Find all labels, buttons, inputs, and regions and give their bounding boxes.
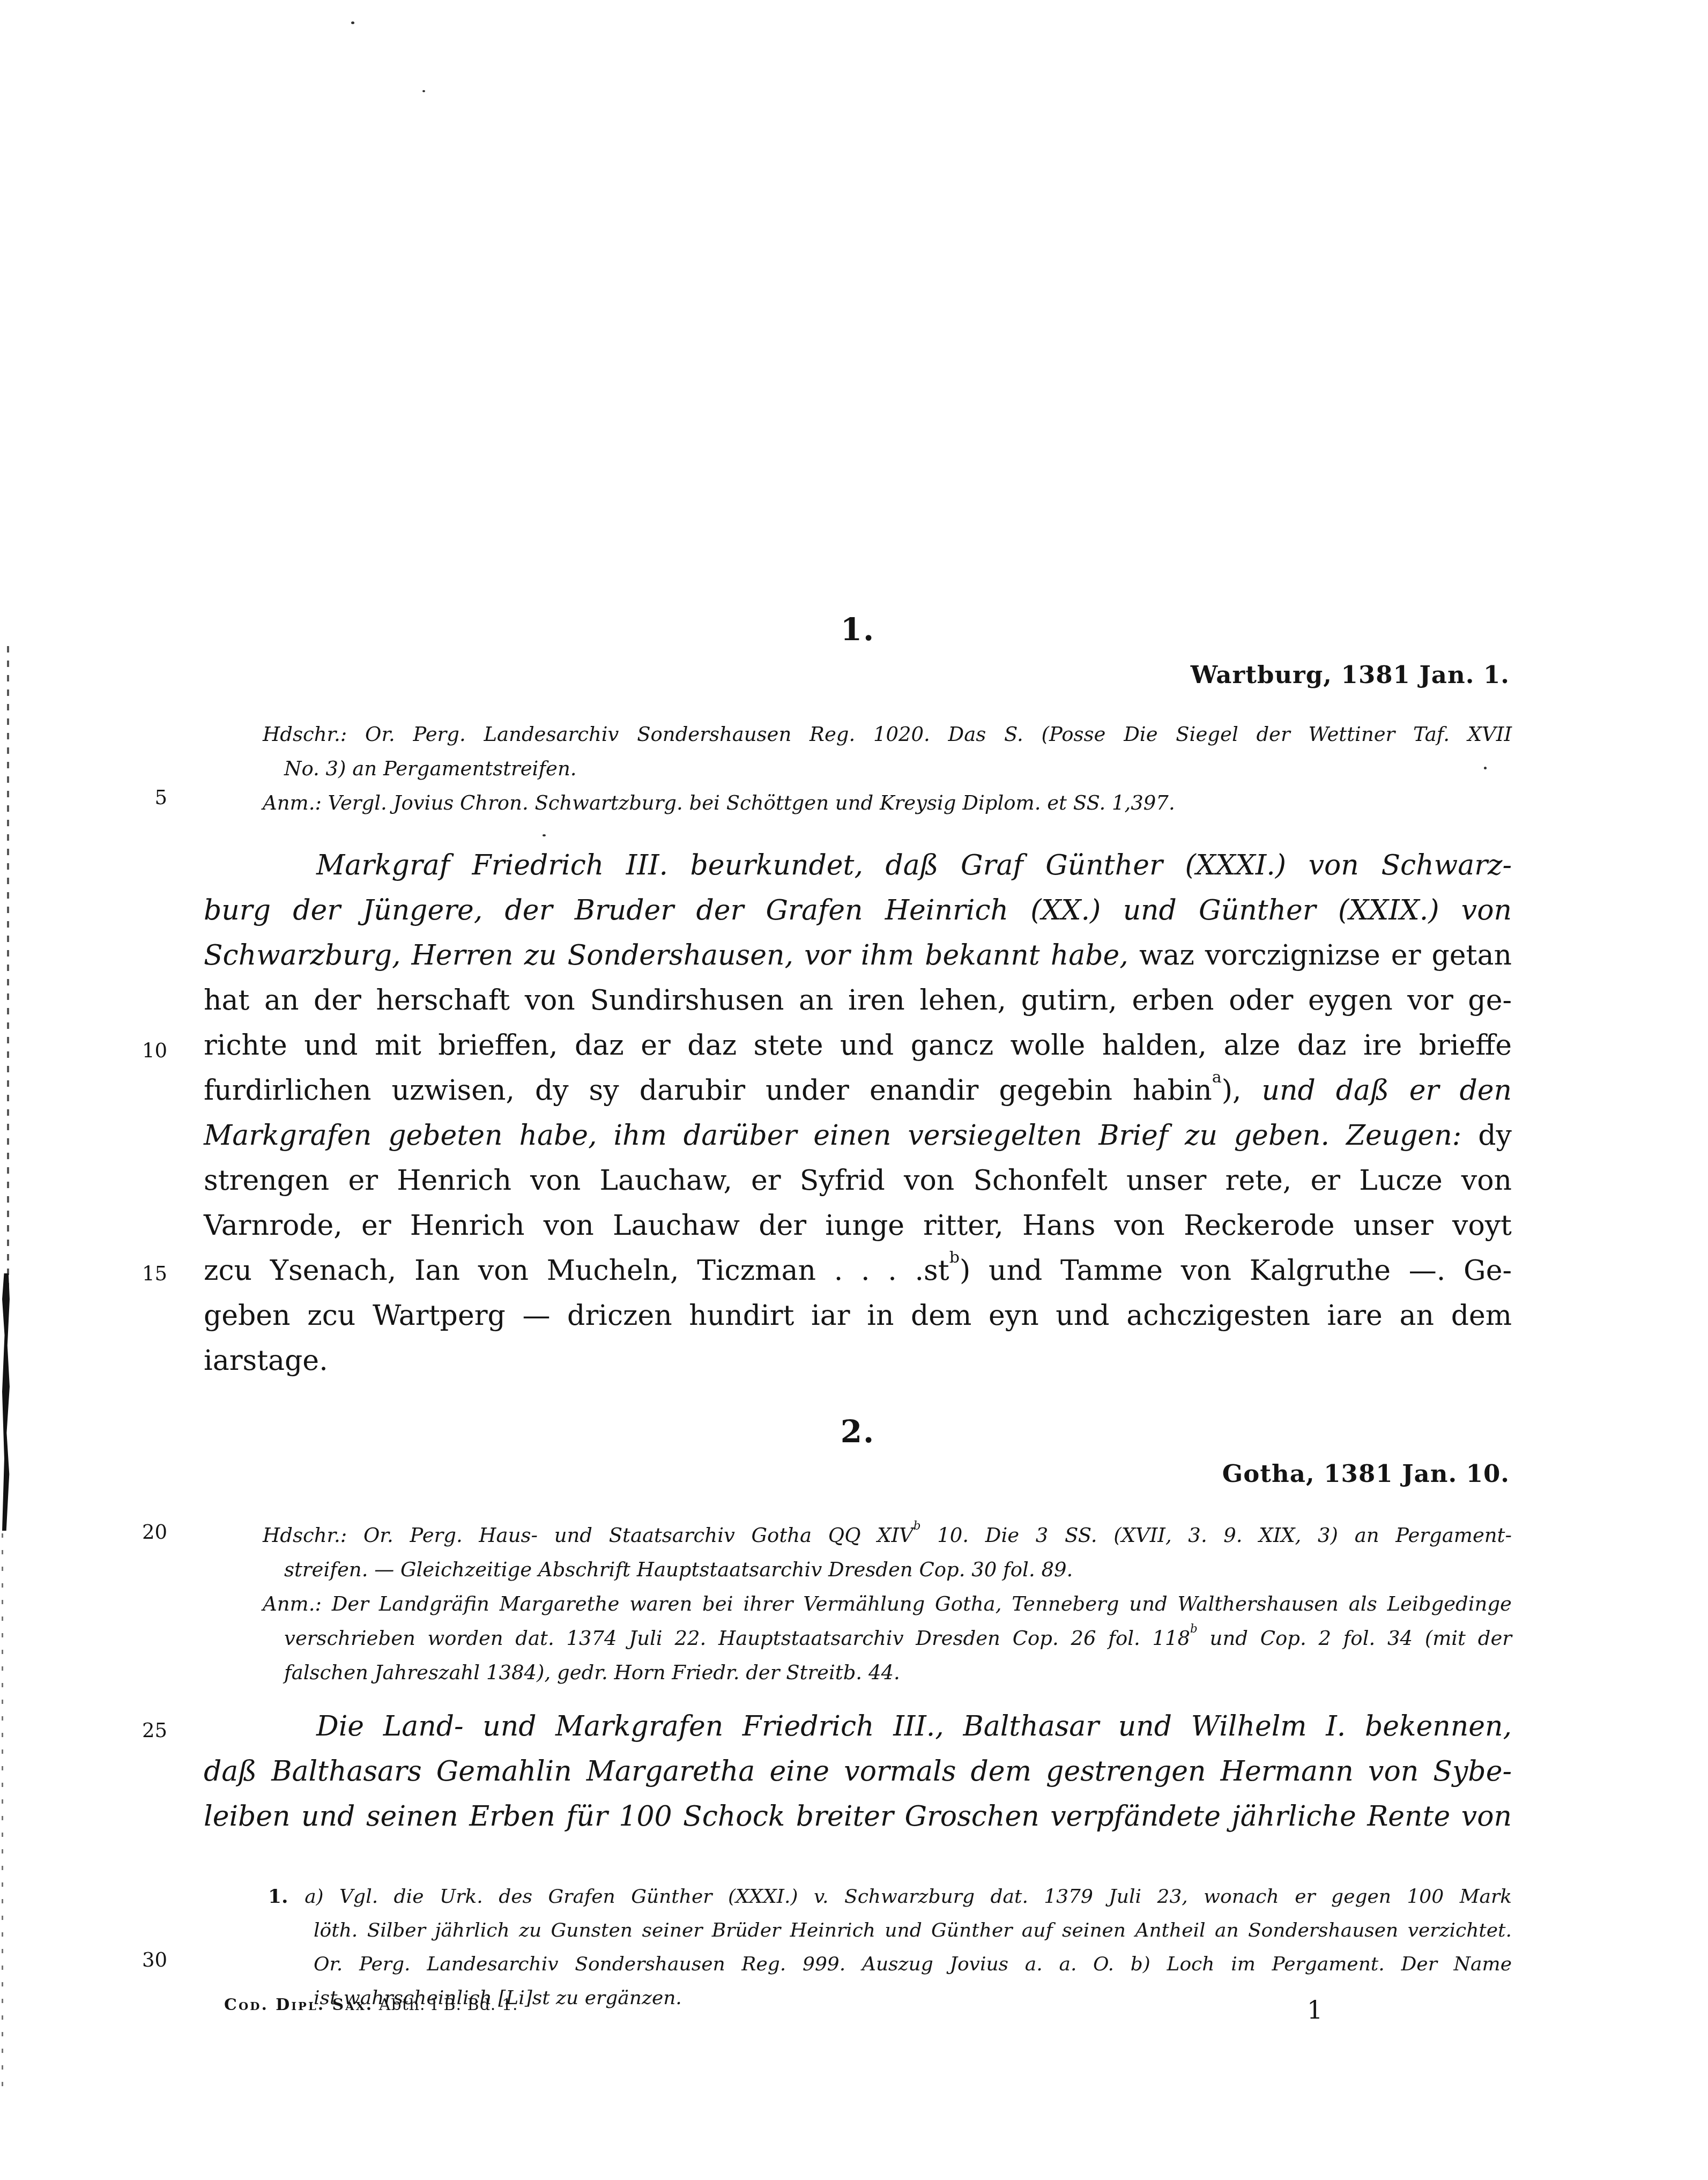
- body-text-line: Die Land- und Markgrafen Friedrich III.,…: [204, 1704, 1512, 1749]
- text-segment: hat an der herschaft von Sundirshusen an…: [204, 984, 1512, 1017]
- text-segment: waz vorczignizse er getan: [1139, 939, 1512, 972]
- body-text-line: daß Balthasars Gemahlin Margaretha eine …: [204, 1749, 1512, 1794]
- scan-speck: [422, 90, 425, 92]
- body-text-line: Markgrafen gebeten habe, ihm darüber ein…: [204, 1113, 1512, 1158]
- regest-body: Die Land- und Markgrafen Friedrich III.,…: [204, 1704, 1512, 1839]
- body-text-line: zcu Ysenach, Ian von Mucheln, Ticzman . …: [204, 1248, 1512, 1293]
- regest-body: Markgraf Friedrich III. beurkundet, daß …: [204, 843, 1512, 1383]
- source-note-line: Hdschr.: Or. Perg. Landesarchiv Sondersh…: [263, 717, 1512, 752]
- footer-series-title: Cod. Dipl. Sax.: [224, 1996, 373, 2014]
- margin-line-number: 10: [130, 1039, 167, 1062]
- text-segment: 1.: [268, 1885, 305, 1908]
- text-segment: Schwarzburg, Herren zu Sondershausen, vo…: [204, 939, 1139, 972]
- source-note-line: Hdschr.: Or. Perg. Haus- und Staatsarchi…: [263, 1518, 1512, 1553]
- margin-line-number: 15: [130, 1262, 167, 1285]
- source-note-line: No. 3) an Pergamentstreifen.: [263, 752, 1512, 786]
- text-segment: und Cop. 2 fol. 34 (mit der: [1198, 1627, 1512, 1650]
- body-text-line: iarstage.: [204, 1338, 1512, 1383]
- text-segment: b: [914, 1519, 921, 1533]
- source-notes: Hdschr.: Or. Perg. Landesarchiv Sondersh…: [204, 717, 1512, 820]
- text-segment: streifen. — Gleichzeitige Abschrift Haup…: [284, 1558, 1073, 1581]
- scan-speck: [351, 21, 354, 24]
- text-segment: burg der Jüngere, der Bruder der Grafen …: [204, 894, 1512, 926]
- entry-number: 1.: [204, 611, 1512, 648]
- footnote-line: Or. Perg. Landesarchiv Sondershausen Reg…: [314, 1947, 1512, 1981]
- body-text-line: geben zcu Wartperg — driczen hundirt iar…: [204, 1293, 1512, 1338]
- text-segment: a: [1212, 1068, 1222, 1087]
- footnote-block: 1. a) Vgl. die Urk. des Grafen Günther (…: [204, 1880, 1512, 2015]
- page-number: 1: [1307, 1996, 1323, 2025]
- entry-number: 2.: [204, 1413, 1512, 1450]
- scan-artifact-stripe: [2, 1273, 10, 1531]
- text-segment: strengen er Henrich von Lauchaw, er Syfr…: [204, 1165, 1512, 1197]
- source-note-line: verschrieben worden dat. 1374 Juli 22. H…: [263, 1621, 1512, 1656]
- footer-signature: Cod. Dipl. Sax. Abth. I B. Bd. 1.: [224, 1996, 518, 2014]
- source-note-line: falschen Jahreszahl 1384), gedr. Horn Fr…: [263, 1656, 1512, 1690]
- text-segment: Anm.: Der Landgräfin Margarethe waren be…: [263, 1592, 1512, 1615]
- margin-line-number: 5: [130, 786, 167, 809]
- text-segment: Die Land- und Markgrafen Friedrich III.,…: [316, 1710, 1512, 1742]
- text-segment: b: [949, 1248, 960, 1267]
- text-segment: und daß er den: [1262, 1074, 1512, 1107]
- text-segment: Markgrafen gebeten habe, ihm darüber ein…: [204, 1119, 1478, 1152]
- footnote-line: 1. a) Vgl. die Urk. des Grafen Günther (…: [268, 1880, 1512, 1914]
- scan-artifact-stripe: [7, 646, 9, 1306]
- scan-artifact-stripe: [2, 1533, 3, 2091]
- margin-line-number: 25: [130, 1719, 167, 1742]
- text-segment: furdirlichen uzwisen, dy sy darubir unde…: [204, 1074, 1212, 1107]
- scan-speck: [543, 834, 546, 836]
- body-text-line: leiben und seinen Erben für 100 Schock b…: [204, 1794, 1512, 1839]
- text-segment: falschen Jahreszahl 1384), gedr. Horn Fr…: [284, 1661, 900, 1684]
- text-segment: daß Balthasars Gemahlin Margaretha eine …: [204, 1755, 1512, 1788]
- body-text-line: burg der Jüngere, der Bruder der Grafen …: [204, 888, 1512, 933]
- margin-line-number: 30: [130, 1948, 167, 1971]
- body-text-line: furdirlichen uzwisen, dy sy darubir unde…: [204, 1068, 1512, 1113]
- body-text-line: Markgraf Friedrich III. beurkundet, daß …: [204, 843, 1512, 888]
- source-notes: Hdschr.: Or. Perg. Haus- und Staatsarchi…: [204, 1518, 1512, 1690]
- text-segment: leiben und seinen Erben für 100 Schock b…: [204, 1800, 1512, 1833]
- text-segment: a) Vgl. die Urk. des Grafen Günther (XXX…: [305, 1886, 1512, 1908]
- text-segment: zcu Ysenach, Ian von Mucheln, Ticzman . …: [204, 1255, 949, 1287]
- text-segment: ) und Tamme von Kalgruthe —. Ge-: [960, 1255, 1512, 1287]
- source-note-line: Anm.: Der Landgräfin Margarethe waren be…: [263, 1587, 1512, 1621]
- body-text-line: richte und mit brieffen, daz er daz stet…: [204, 1023, 1512, 1068]
- text-segment: b: [1190, 1622, 1198, 1636]
- source-note-line: streifen. — Gleichzeitige Abschrift Haup…: [263, 1553, 1512, 1587]
- text-segment: geben zcu Wartperg — driczen hundirt iar…: [204, 1300, 1512, 1332]
- entry-date-line: Gotha, 1381 Jan. 10.: [204, 1459, 1512, 1488]
- text-segment: Hdschr.: Or. Perg. Landesarchiv Sondersh…: [263, 723, 1512, 746]
- body-text-line: Varnrode, er Henrich von Lauchaw der iun…: [204, 1203, 1512, 1248]
- text-segment: Or. Perg. Landesarchiv Sondershausen Reg…: [314, 1953, 1512, 1975]
- text-segment: Anm.: Vergl. Jovius Chron. Schwartzburg.…: [263, 791, 1175, 814]
- text-segment: iarstage.: [204, 1345, 328, 1377]
- footer-volume-label: Abth. I B. Bd. 1.: [373, 1996, 518, 2014]
- text-segment: ),: [1222, 1074, 1262, 1107]
- source-note-line: Anm.: Vergl. Jovius Chron. Schwartzburg.…: [263, 786, 1512, 820]
- margin-line-number: 20: [130, 1521, 167, 1544]
- text-segment: Varnrode, er Henrich von Lauchaw der iun…: [204, 1210, 1512, 1242]
- body-text-line: Schwarzburg, Herren zu Sondershausen, vo…: [204, 933, 1512, 978]
- footnote-line: löth. Silber jährlich zu Gunsten seiner …: [314, 1914, 1512, 1947]
- text-segment: 10. Die 3 SS. (XVII, 3. 9. XIX, 3) an Pe…: [921, 1524, 1512, 1547]
- entry-date-line: Wartburg, 1381 Jan. 1.: [204, 661, 1512, 689]
- text-segment: No. 3) an Pergamentstreifen.: [284, 757, 577, 780]
- text-segment: Hdschr.: Or. Perg. Haus- und Staatsarchi…: [263, 1524, 914, 1547]
- text-segment: verschrieben worden dat. 1374 Juli 22. H…: [284, 1627, 1190, 1650]
- text-segment: löth. Silber jährlich zu Gunsten seiner …: [314, 1919, 1512, 1941]
- scanned-book-page: 1.Wartburg, 1381 Jan. 1.Hdschr.: Or. Per…: [0, 0, 1708, 2180]
- text-segment: dy: [1478, 1119, 1512, 1152]
- text-segment: Markgraf Friedrich III. beurkundet, daß …: [316, 849, 1512, 881]
- text-segment: richte und mit brieffen, daz er daz stet…: [204, 1029, 1512, 1062]
- body-text-line: hat an der herschaft von Sundirshusen an…: [204, 978, 1512, 1023]
- body-text-line: strengen er Henrich von Lauchaw, er Syfr…: [204, 1158, 1512, 1203]
